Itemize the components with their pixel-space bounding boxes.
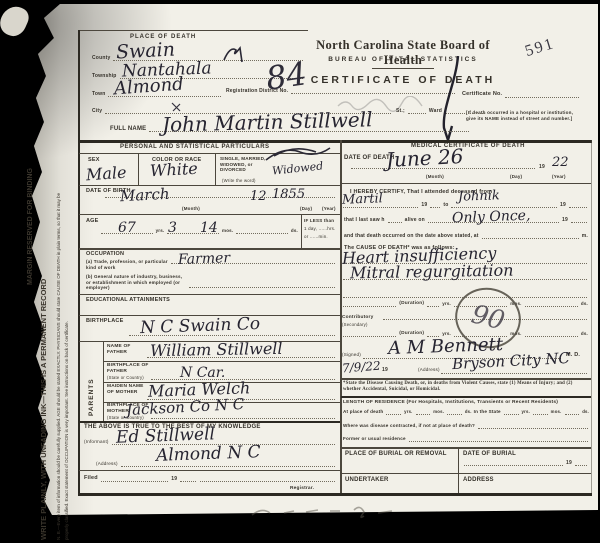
ink-scribble xyxy=(264,144,334,164)
rule xyxy=(78,30,80,493)
mother-name-label: MAIDEN NAME OF MOTHER xyxy=(107,384,149,396)
age-years-value: 67 xyxy=(118,221,136,235)
filed-row: Filed 19 xyxy=(84,476,336,483)
rule xyxy=(180,480,196,482)
last-saw-label: that I last saw h xyxy=(344,218,385,224)
rule xyxy=(372,68,434,69)
rule xyxy=(388,221,402,223)
rule xyxy=(341,447,591,449)
age-months-value: 3 xyxy=(168,221,177,235)
pencil-squiggle xyxy=(336,96,436,112)
rule xyxy=(571,221,587,223)
if-less-line2: 1 day, ......hrs. xyxy=(304,226,336,231)
occupation-a-value: Farmer xyxy=(178,251,231,267)
age-mos-label: mos. xyxy=(222,229,233,235)
date-of-burial-label: DATE OF BURIAL xyxy=(463,451,516,458)
rule xyxy=(79,294,340,295)
rule xyxy=(151,417,335,419)
informant-label: (Informant) xyxy=(84,440,109,446)
certificate-no-row: Certificate No. xyxy=(462,92,580,99)
rule xyxy=(525,305,578,307)
page-title: CERTIFICATE OF DEATH xyxy=(308,74,498,87)
mother-birthplace-line xyxy=(150,417,336,420)
rule xyxy=(482,237,579,239)
rule xyxy=(504,413,519,415)
rule xyxy=(505,96,579,98)
rule xyxy=(101,480,168,482)
personal-section-heading: PERSONAL AND STATISTICAL PARTICULARS xyxy=(120,144,270,151)
res2-ds: ds. xyxy=(582,410,589,415)
residence-line: At place of death yrs. mos. ds. In the S… xyxy=(343,410,589,416)
rule xyxy=(575,464,587,466)
burial-date-line: 19 xyxy=(463,461,588,467)
place-of-burial-label: PLACE OF BURIAL OR REMOVAL xyxy=(345,451,447,458)
dob-day-sublabel: (Day) xyxy=(300,206,312,211)
ink-x-mark xyxy=(170,101,182,113)
rule xyxy=(78,30,308,31)
rule xyxy=(343,335,396,337)
dod-year-sublabel: (Year) xyxy=(552,174,566,179)
contracted-line: Where was disease contracted, if not at … xyxy=(343,424,589,430)
parents-label: PARENTS xyxy=(88,348,95,416)
death-occurred-line: and that death occurred on the date abov… xyxy=(344,234,588,240)
if-less-line3: or ......min. xyxy=(304,234,328,239)
registrar-label: Registrar. xyxy=(290,486,314,492)
former-residence-line: Former or usual residence xyxy=(343,437,589,443)
occupation-b-line xyxy=(188,286,336,289)
dod-19-label: 19 xyxy=(539,164,545,170)
sign-19-label: 19 xyxy=(382,367,388,373)
father-birthplace-label: BIRTHPLACE OF FATHER xyxy=(107,363,149,375)
duration-ds: ds. xyxy=(581,302,588,308)
to-label: to xyxy=(443,203,448,209)
father-name-label: NAME OF FATHER xyxy=(107,344,143,356)
secondary-label: (Secondary) xyxy=(342,322,368,327)
pencil-scribble xyxy=(250,505,440,519)
rule xyxy=(478,427,588,429)
rule xyxy=(533,413,548,415)
age-ds-label: ds. xyxy=(291,229,298,235)
rule xyxy=(103,341,104,421)
res1-ds: ds. xyxy=(465,410,472,415)
dod-year-value: 22 xyxy=(552,156,569,169)
contributory-label: Contributory xyxy=(342,315,373,321)
city-label: City xyxy=(92,109,102,115)
scanned-death-certificate: MARGIN RESERVED FOR BINDING WRITE PLAINL… xyxy=(0,0,600,543)
cause-footnote: *State the Disease Causing Death, or, in… xyxy=(343,381,589,393)
full-name-value: John Martin Stillwell xyxy=(162,109,373,135)
education-label: EDUCATIONAL ATTAINMENTS xyxy=(86,297,170,304)
dob-year-sublabel: (Year) xyxy=(322,206,336,211)
age-label: AGE xyxy=(86,218,99,225)
certificate-no-label: Certificate No. xyxy=(462,92,502,99)
sex-value: Male xyxy=(85,165,127,184)
torn-paper-curl xyxy=(0,2,32,40)
rule xyxy=(78,493,592,496)
res2-yrs: yrs. xyxy=(522,410,530,415)
rule xyxy=(408,112,426,114)
town-label: Town xyxy=(92,92,105,98)
dob-year-value: 1855 xyxy=(272,188,305,201)
informant-address-value: Almond N C xyxy=(156,444,261,465)
rule xyxy=(386,413,401,415)
dod-day-sublabel: (Day) xyxy=(510,174,522,179)
sex-label: SEX xyxy=(88,157,100,164)
rule xyxy=(215,153,216,185)
length-of-residence-label: LENGTH OF RESIDENCE (For Hospitals, Inst… xyxy=(343,400,589,406)
dod-month-sublabel: (Month) xyxy=(426,174,444,179)
res1-yrs: yrs. xyxy=(404,410,412,415)
occupation-a-label: (a) Trade, profession, or particular kin… xyxy=(86,259,168,270)
undertaker-label: UNDERTAKER xyxy=(345,477,389,484)
rule xyxy=(409,440,588,442)
informant-address-label: (Address) xyxy=(96,462,118,468)
father-name-value: William Stillwell xyxy=(150,341,283,359)
dob-month-sublabel: (Month) xyxy=(182,206,200,211)
rule xyxy=(430,206,440,208)
ink-flourish xyxy=(220,44,250,66)
rule xyxy=(569,206,587,208)
father-birthplace-note: (State or Country) xyxy=(107,375,144,380)
at-place-label: At place of death xyxy=(343,410,383,416)
bureau-subtitle: BUREAU OF VITAL STATISTICS xyxy=(308,56,498,64)
nb-note-line2: properly classified. Exact statement of … xyxy=(64,140,69,540)
attended-from-value: Martil xyxy=(342,192,383,206)
duration2-ds: ds. xyxy=(581,332,588,338)
rule xyxy=(341,473,591,474)
nb-note-line1: N. B.—Every item of information should b… xyxy=(56,140,61,540)
rule xyxy=(103,361,340,362)
rule xyxy=(341,396,591,398)
m-label: m. xyxy=(582,234,588,240)
filed-label: Filed xyxy=(84,476,98,483)
registration-district-value: 84 xyxy=(264,57,309,94)
rule xyxy=(121,465,335,467)
rule xyxy=(565,413,580,415)
rule xyxy=(591,140,592,493)
county-label: County xyxy=(92,56,110,62)
rule xyxy=(458,447,459,493)
registration-district-row: Registration District No. xyxy=(226,89,456,95)
rule xyxy=(447,413,462,415)
death-occurred-label: and that death occurred on the date abov… xyxy=(344,234,479,240)
age-days-value: 14 xyxy=(200,221,218,235)
attended-19b-label: 19 xyxy=(560,203,566,209)
occupation-label: OCCUPATION xyxy=(86,251,124,258)
birthplace-label: BIRTHPLACE xyxy=(86,318,123,325)
undertaker-address-label: ADDRESS xyxy=(463,477,494,484)
where-contracted-label: Where was disease contracted, if not at … xyxy=(343,424,475,430)
write-plainly-note: WRITE PLAINLY, WITH UNFADING INK—THIS IS… xyxy=(39,240,48,540)
former-residence-label: Former or usual residence xyxy=(343,437,406,443)
alive-on-label: alive on xyxy=(405,218,425,224)
in-the-state-label: In the State xyxy=(474,410,501,416)
dob-month-value: March xyxy=(120,187,170,205)
rule xyxy=(341,378,591,380)
rule xyxy=(79,421,340,423)
sign-address-label: (Address) xyxy=(418,367,440,373)
rule xyxy=(464,464,563,466)
res1-mos: mos. xyxy=(433,410,444,415)
rule xyxy=(138,153,139,185)
last-seen-value: Only Once, xyxy=(452,209,531,226)
burial-19-label: 19 xyxy=(566,461,572,467)
cause-line2-value: Mitral regurgitation xyxy=(350,263,514,282)
dob-day-value: 12 xyxy=(250,190,267,203)
rule xyxy=(343,305,396,307)
date-of-death-value: June 26 xyxy=(386,146,464,170)
rule xyxy=(189,286,335,288)
sign-date-value: 7/9/22 xyxy=(342,360,381,375)
marital-note: (Write the word) xyxy=(222,178,256,183)
birthplace-value: N C Swain Co xyxy=(140,316,261,337)
age-yrs-label: yrs. xyxy=(156,229,165,235)
rule xyxy=(416,413,431,415)
rule xyxy=(427,305,439,307)
occupation-b-label: (b) General nature of industry, business… xyxy=(86,274,186,291)
color-race-value: White xyxy=(150,161,199,179)
rule xyxy=(301,214,302,248)
town-value: Almond xyxy=(113,76,184,99)
attended-19a-label: 19 xyxy=(421,203,427,209)
rule xyxy=(79,185,340,186)
rule xyxy=(236,232,288,234)
father-birthplace-value: N Car. xyxy=(180,366,225,380)
rule xyxy=(525,335,578,337)
last-saw-19-label: 19 xyxy=(562,218,568,224)
attended-to-value: Johnik xyxy=(458,189,500,203)
full-name-label: FULL NAME xyxy=(110,126,146,133)
signed-label: (Signed) xyxy=(342,352,361,358)
duration-yrs: yrs. xyxy=(442,302,451,308)
rule xyxy=(79,470,340,471)
filed-19-label: 19 xyxy=(171,477,177,483)
rule xyxy=(291,92,455,94)
duration-label: (Duration) xyxy=(399,302,424,308)
binding-margin-note: MARGIN RESERVED FOR BINDING xyxy=(27,55,34,285)
rule xyxy=(79,248,340,250)
if-less-line1: IF LESS than xyxy=(304,218,334,223)
res2-mos: mos. xyxy=(551,410,562,415)
circled-code-value: 90 xyxy=(469,301,507,334)
rule xyxy=(200,480,335,482)
rule xyxy=(341,183,591,184)
